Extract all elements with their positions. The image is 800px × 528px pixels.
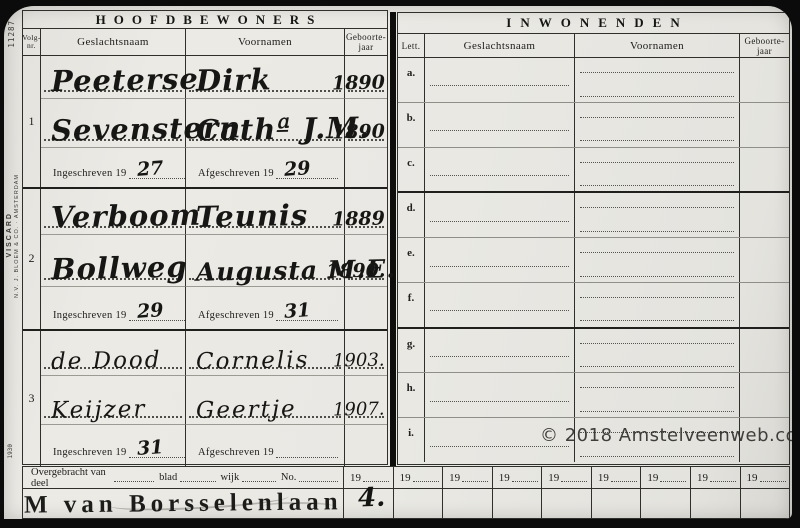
letter-c: c. [407, 157, 415, 169]
row-letter: f. [398, 283, 425, 327]
letter-e: e. [407, 247, 415, 259]
footer-year-cell [345, 148, 387, 187]
row-letter: i. [398, 418, 425, 462]
dotted-blank [413, 474, 439, 482]
birthyear-cell [740, 193, 789, 237]
writing-line [580, 343, 734, 344]
dotted-blank [512, 474, 538, 482]
dotted-blank [611, 474, 637, 482]
row-letter: g. [398, 329, 425, 373]
birthyear-handwritten: 1903. [333, 349, 385, 371]
dotted-blank [114, 473, 154, 482]
afgeschreven-label: Afgeschreven 19 [198, 310, 274, 321]
house-number-handwritten: 4. [357, 483, 385, 514]
volgnr-1: 1 [29, 114, 35, 129]
firstnames-handwritten: Cornelis [196, 347, 310, 375]
writing-line [580, 387, 734, 388]
birthyear-cell: 1907. [345, 376, 387, 426]
writing-line [580, 320, 734, 321]
firstnames-header-label: Voornamen [630, 40, 684, 52]
house-number-cell: 4. [344, 489, 394, 518]
year-prefix: 19 [697, 472, 708, 484]
letter-a: a. [407, 67, 415, 79]
birthyear-handwritten: 1890. [325, 259, 385, 282]
birthyear-line2: jaar [358, 42, 373, 52]
entry-block-1: 1 Peeterse Dirk 1890 Sevenstern [23, 56, 387, 189]
firstnames-cell [575, 193, 740, 237]
column-header-firstnames: Voornamen [186, 29, 345, 55]
year-prefix: 19 [499, 472, 510, 484]
writing-line [580, 231, 734, 232]
year-cell-2: 19 [394, 467, 444, 488]
writing-line [580, 297, 734, 298]
firstnames-cell: Augusta M.E. [186, 235, 345, 287]
surname-cell: Peeterse [41, 56, 186, 99]
ingeschreven-dots: 31 [129, 446, 185, 458]
afgeschreven-year-handwritten: 31 [283, 299, 311, 323]
year-cell-8: 19 [691, 467, 741, 488]
writing-line [580, 276, 734, 277]
entry-block-3: 3 de Dood Cornelis 1903. Keijzer [23, 331, 387, 466]
ingeschreven-year-handwritten: 27 [136, 157, 164, 181]
writing-line [430, 221, 569, 222]
firstnames-cell [575, 329, 740, 373]
birthyear-handwritten: 1890 [332, 120, 385, 143]
row-letter: b. [398, 103, 425, 147]
surname-cell [425, 58, 575, 102]
footer-year-cell [345, 287, 387, 329]
year-prefix: 19 [598, 472, 609, 484]
writing-line [580, 185, 734, 186]
firstnames-cell [575, 58, 740, 102]
surname-cell [425, 373, 575, 417]
surname-cell [425, 329, 575, 373]
column-header-surname: Geslachtsnaam [41, 29, 186, 55]
empty-cell [592, 489, 642, 518]
firstnames-cell: Geertje [186, 376, 345, 426]
birthyear-cell [740, 329, 789, 373]
volgnr-3: 3 [29, 391, 35, 406]
writing-line [430, 310, 569, 311]
column-header-birthyear: Geboorte- jaar [740, 34, 789, 57]
transfer-strip: Overgebracht van deel blad wijk No. 19 1… [22, 466, 790, 519]
dotted-blank [561, 474, 587, 482]
birthyear-cell: 1890. [345, 235, 387, 287]
ingeschreven-cell: Ingeschreven 19 31 [41, 425, 186, 466]
surname-cell: Sevenstern [41, 99, 186, 147]
ingeschreven-dots: 27 [129, 167, 185, 179]
surname-cell: Bollweg [41, 235, 186, 287]
transfer-origin-cell: Overgebracht van deel blad wijk No. [23, 467, 344, 488]
surname-cell: de Dood [41, 331, 186, 376]
surname-handwritten: Verboom [51, 198, 202, 235]
year-cell-4: 19 [493, 467, 543, 488]
surname-handwritten: Bollweg [51, 250, 188, 286]
column-header-volgnr: Volg- nr. [23, 29, 41, 55]
inwonende-row-b: b. [398, 103, 789, 148]
dotted-blank [363, 474, 389, 482]
writing-line [580, 140, 734, 141]
dotted-blank [299, 473, 338, 482]
surname-cell [425, 103, 575, 147]
register-sheet: 11287 VISCARD N.V. J. BLOEM & CO. · AMST… [4, 6, 792, 519]
inwonende-row-a: a. [398, 58, 789, 103]
afgeschreven-cell: Afgeschreven 19 29 [186, 148, 345, 187]
writing-line [580, 207, 734, 208]
surname-cell [425, 148, 575, 192]
footer-year-cell [345, 425, 387, 466]
birthyear-cell [740, 103, 789, 147]
dotted-blank [660, 474, 686, 482]
page-fold-divider [390, 12, 396, 466]
firstnames-cell: Cornelis [186, 331, 345, 376]
lett-header-label: Lett. [402, 41, 421, 51]
surname-cell: Keijzer [41, 376, 186, 426]
birthyear-line1: Geboorte- [346, 32, 386, 42]
writing-line [430, 175, 569, 176]
row-letter: c. [398, 148, 425, 192]
column-header-firstnames: Voornamen [575, 34, 740, 57]
empty-cell [741, 489, 790, 518]
ingeschreven-year-handwritten: 31 [136, 436, 164, 460]
transfer-label-no: No. [281, 472, 296, 483]
inwonende-row-d: d. [398, 193, 789, 238]
column-header-birthyear: Geboorte- jaar [345, 29, 387, 55]
afgeschreven-dots: 31 [276, 309, 338, 321]
inwonenden-table: INWONENDEN Lett. Geslachtsnaam Voornamen… [397, 12, 790, 465]
firstnames-cell: Cathª J.M. [186, 99, 345, 147]
year-prefix: 19 [647, 472, 658, 484]
address-row: M van Borsselenlaan 4. [23, 489, 789, 518]
year-cell-3: 19 [443, 467, 493, 488]
transfer-label-wijk: wijk [221, 472, 240, 483]
ingeschreven-year-handwritten: 29 [136, 299, 164, 323]
ingeschreven-dots: 29 [129, 309, 185, 321]
birthyear-line1: Geboorte- [744, 36, 784, 46]
birthyear-cell: 1903. [345, 331, 387, 376]
afgeschreven-label: Afgeschreven 19 [198, 447, 274, 458]
empty-cell [443, 489, 493, 518]
transfer-row: Overgebracht van deel blad wijk No. 19 1… [23, 467, 789, 489]
empty-cell [641, 489, 691, 518]
afgeschreven-year-handwritten: 29 [283, 157, 311, 181]
year-prefix: 19 [747, 472, 758, 484]
transfer-label-blad: blad [159, 472, 177, 483]
surname-handwritten: Peeterse [51, 62, 199, 99]
ingeschreven-label: Ingeschreven 19 [53, 447, 127, 458]
volgnr-value: 2 [23, 189, 41, 329]
ingeschreven-label: Ingeschreven 19 [53, 168, 127, 179]
empty-cell [493, 489, 543, 518]
surname-cell [425, 193, 575, 237]
hoofdbewoners-title: HOOFDBEWONERS [23, 11, 387, 29]
firstnames-cell [575, 103, 740, 147]
empty-cell [691, 489, 741, 518]
firstnames-cell: Teunis [186, 189, 345, 235]
afgeschreven-cell: Afgeschreven 19 31 [186, 287, 345, 329]
letter-b: b. [407, 112, 416, 124]
writing-line [580, 117, 734, 118]
column-header-lett: Lett. [398, 34, 425, 57]
volgnr-value: 3 [23, 331, 41, 466]
year-cell-5: 19 [542, 467, 592, 488]
column-header-surname: Geslachtsnaam [425, 34, 575, 57]
volgnr-value: 1 [23, 56, 41, 187]
writing-line [430, 401, 569, 402]
ingeschreven-cell: Ingeschreven 19 27 [41, 148, 186, 187]
birthyear-cell: 1890 [345, 99, 387, 147]
letter-g: g. [407, 338, 415, 350]
empty-cell [542, 489, 592, 518]
surname-handwritten: de Dood [51, 347, 162, 375]
birthyear-handwritten: 1907. [333, 399, 385, 421]
writing-line [580, 96, 734, 97]
letter-i: i. [408, 427, 414, 439]
inwonenden-title: INWONENDEN [398, 13, 789, 34]
birthyear-cell: 1890 [345, 56, 387, 99]
year-prefix: 19 [449, 472, 460, 484]
form-year-code: 1930 [7, 444, 14, 458]
firstnames-cell [575, 373, 740, 417]
volgnr-line2: nr. [27, 42, 36, 50]
year-cell-6: 19 [592, 467, 642, 488]
afgeschreven-cell: Afgeschreven 19 [186, 425, 345, 466]
birthyear-cell [740, 238, 789, 282]
firstnames-cell [575, 238, 740, 282]
birthyear-cell [740, 373, 789, 417]
row-letter: h. [398, 373, 425, 417]
letter-f: f. [408, 292, 414, 304]
afgeschreven-dots [276, 446, 338, 458]
inwonenden-body: a. b. c. d. [398, 58, 789, 462]
year-prefix: 19 [400, 472, 411, 484]
surname-handwritten: Keijzer [51, 397, 147, 425]
dotted-blank [242, 473, 276, 482]
firstnames-handwritten: Dirk [196, 63, 272, 98]
firstnames-cell [575, 148, 740, 192]
birthyear-line2: jaar [757, 46, 772, 56]
surname-cell [425, 238, 575, 282]
birthyear-cell [740, 58, 789, 102]
birthyear-cell: 1889 [345, 189, 387, 235]
firstnames-cell: Dirk [186, 56, 345, 99]
writing-line [580, 72, 734, 73]
surname-cell: Verboom [41, 189, 186, 235]
dotted-blank [760, 474, 786, 482]
writing-line [580, 162, 734, 163]
dotted-blank [710, 474, 736, 482]
inwonende-row-e: e. [398, 238, 789, 283]
writing-line [430, 356, 569, 357]
surname-header-label: Geslachtsnaam [77, 36, 149, 48]
birthyear-handwritten: 1889 [332, 208, 385, 231]
inwonende-row-f: f. [398, 283, 789, 329]
row-letter: e. [398, 238, 425, 282]
inwonenden-header-row: Lett. Geslachtsnaam Voornamen Geboorte- … [398, 34, 789, 58]
copyright-watermark: © 2018 Amstelveenweb.com [540, 425, 792, 446]
hoofdbewoners-header-row: Volg- nr. Geslachtsnaam Voornamen Geboor… [23, 29, 387, 56]
birthyear-cell [740, 283, 789, 327]
publisher-info: N.V. J. BLOEM & CO. · AMSTERDAM [14, 174, 20, 298]
hoofdbewoners-body: 1 Peeterse Dirk 1890 Sevenstern [23, 56, 387, 466]
afgeschreven-dots: 29 [276, 167, 338, 179]
inwonende-row-c: c. [398, 148, 789, 194]
row-letter: d. [398, 193, 425, 237]
publisher-name: VISCARD [6, 212, 13, 258]
surname-cell [425, 283, 575, 327]
transfer-label-deel: Overgebracht van deel [31, 467, 111, 489]
letter-h: h. [407, 382, 416, 394]
year-prefix: 19 [350, 472, 361, 484]
writing-line [430, 266, 569, 267]
volgnr-2: 2 [29, 251, 35, 266]
afgeschreven-label: Afgeschreven 19 [198, 168, 274, 179]
year-cell-7: 19 [641, 467, 691, 488]
birthyear-handwritten: 1890 [332, 72, 385, 95]
inwonende-row-h: h. [398, 373, 789, 418]
sheet-serial-number: 11287 [7, 20, 16, 48]
hoofdbewoners-table: HOOFDBEWONERS Volg- nr. Geslachtsnaam Vo… [22, 10, 388, 465]
year-prefix: 19 [548, 472, 559, 484]
dotted-blank [462, 474, 488, 482]
dotted-blank [180, 473, 215, 482]
surname-header-label: Geslachtsnaam [464, 40, 536, 52]
entry-block-2: 2 Verboom Teunis 1889 Bollweg [23, 189, 387, 331]
inwonende-row-g: g. [398, 329, 789, 374]
ingeschreven-label: Ingeschreven 19 [53, 310, 127, 321]
street-name-stamp: M van Borsselenlaan [24, 489, 343, 518]
letter-d: d. [407, 202, 416, 214]
writing-line [580, 411, 734, 412]
firstnames-header-label: Voornamen [238, 36, 292, 48]
ingeschreven-cell: Ingeschreven 19 29 [41, 287, 186, 329]
year-cell-9: 19 [741, 467, 790, 488]
row-letter: a. [398, 58, 425, 102]
writing-line [580, 456, 734, 457]
firstnames-cell [575, 283, 740, 327]
firstnames-handwritten: Teunis [196, 198, 309, 234]
writing-line [580, 252, 734, 253]
writing-line [430, 85, 569, 86]
writing-line [580, 366, 734, 367]
firstnames-handwritten: Geertje [196, 397, 297, 425]
street-stamp-cell: M van Borsselenlaan [23, 489, 344, 518]
birthyear-cell [740, 148, 789, 192]
writing-line [430, 130, 569, 131]
empty-cell [394, 489, 444, 518]
